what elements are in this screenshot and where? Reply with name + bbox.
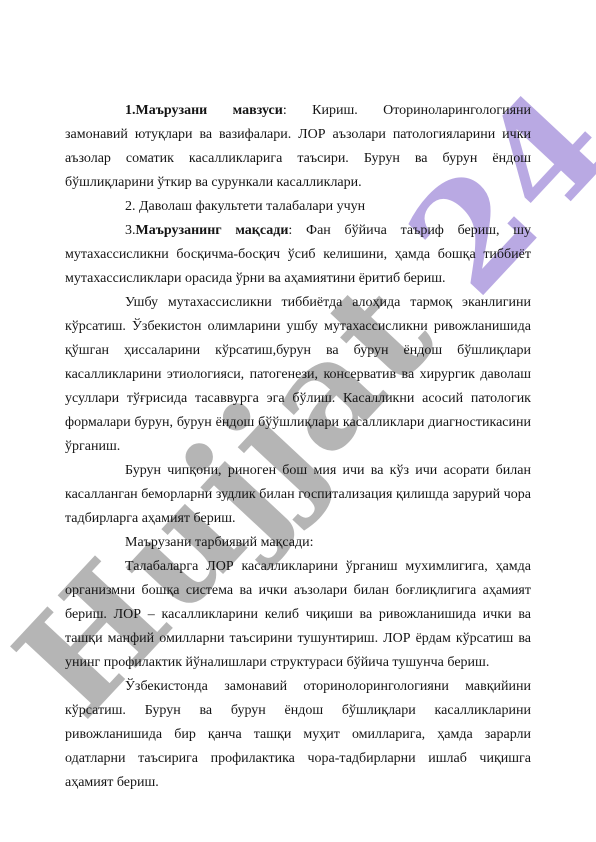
text-run: Талабаларга ЛОР касалликларини ўрганиш м… [65, 559, 531, 670]
paragraph: 3.Маърузанинг мақсади: Фан бўйича таъриф… [65, 219, 531, 291]
paragraph: Бурун чипқони, риноген бош мия ичи ва кў… [65, 459, 531, 531]
document-page: Hujjat 24 1.Маърузани мавзуси: Кириш. От… [0, 0, 596, 842]
document-body: 1.Маърузани мавзуси: Кириш. Оториноларин… [65, 99, 531, 795]
paragraph: Маърузани тарбиявий мақсади: [65, 531, 531, 555]
text-run: 3. [125, 223, 136, 238]
bold-text-run: 1.Маърузани мавзуси [125, 103, 283, 118]
text-run: Бурун чипқони, риноген бош мия ичи ва кў… [65, 463, 531, 526]
bold-text-run: Маърузанинг мақсади [136, 223, 289, 238]
text-run: Ушбу мутахассисликни тиббиётда алоҳида т… [65, 295, 531, 454]
text-run: Маърузани тарбиявий мақсади: [125, 535, 313, 550]
paragraph: 2. Даволаш факультети талабалари учун [65, 195, 531, 219]
text-run: Ўзбекистонда замонавий оторинолоринголог… [65, 679, 531, 790]
paragraph: Талабаларга ЛОР касалликларини ўрганиш м… [65, 555, 531, 675]
paragraph: 1.Маърузани мавзуси: Кириш. Оториноларин… [65, 99, 531, 195]
paragraph: Ушбу мутахассисликни тиббиётда алоҳида т… [65, 291, 531, 459]
paragraph: Ўзбекистонда замонавий оторинолоринголог… [65, 675, 531, 795]
text-run: 2. Даволаш факультети талабалари учун [125, 199, 365, 214]
